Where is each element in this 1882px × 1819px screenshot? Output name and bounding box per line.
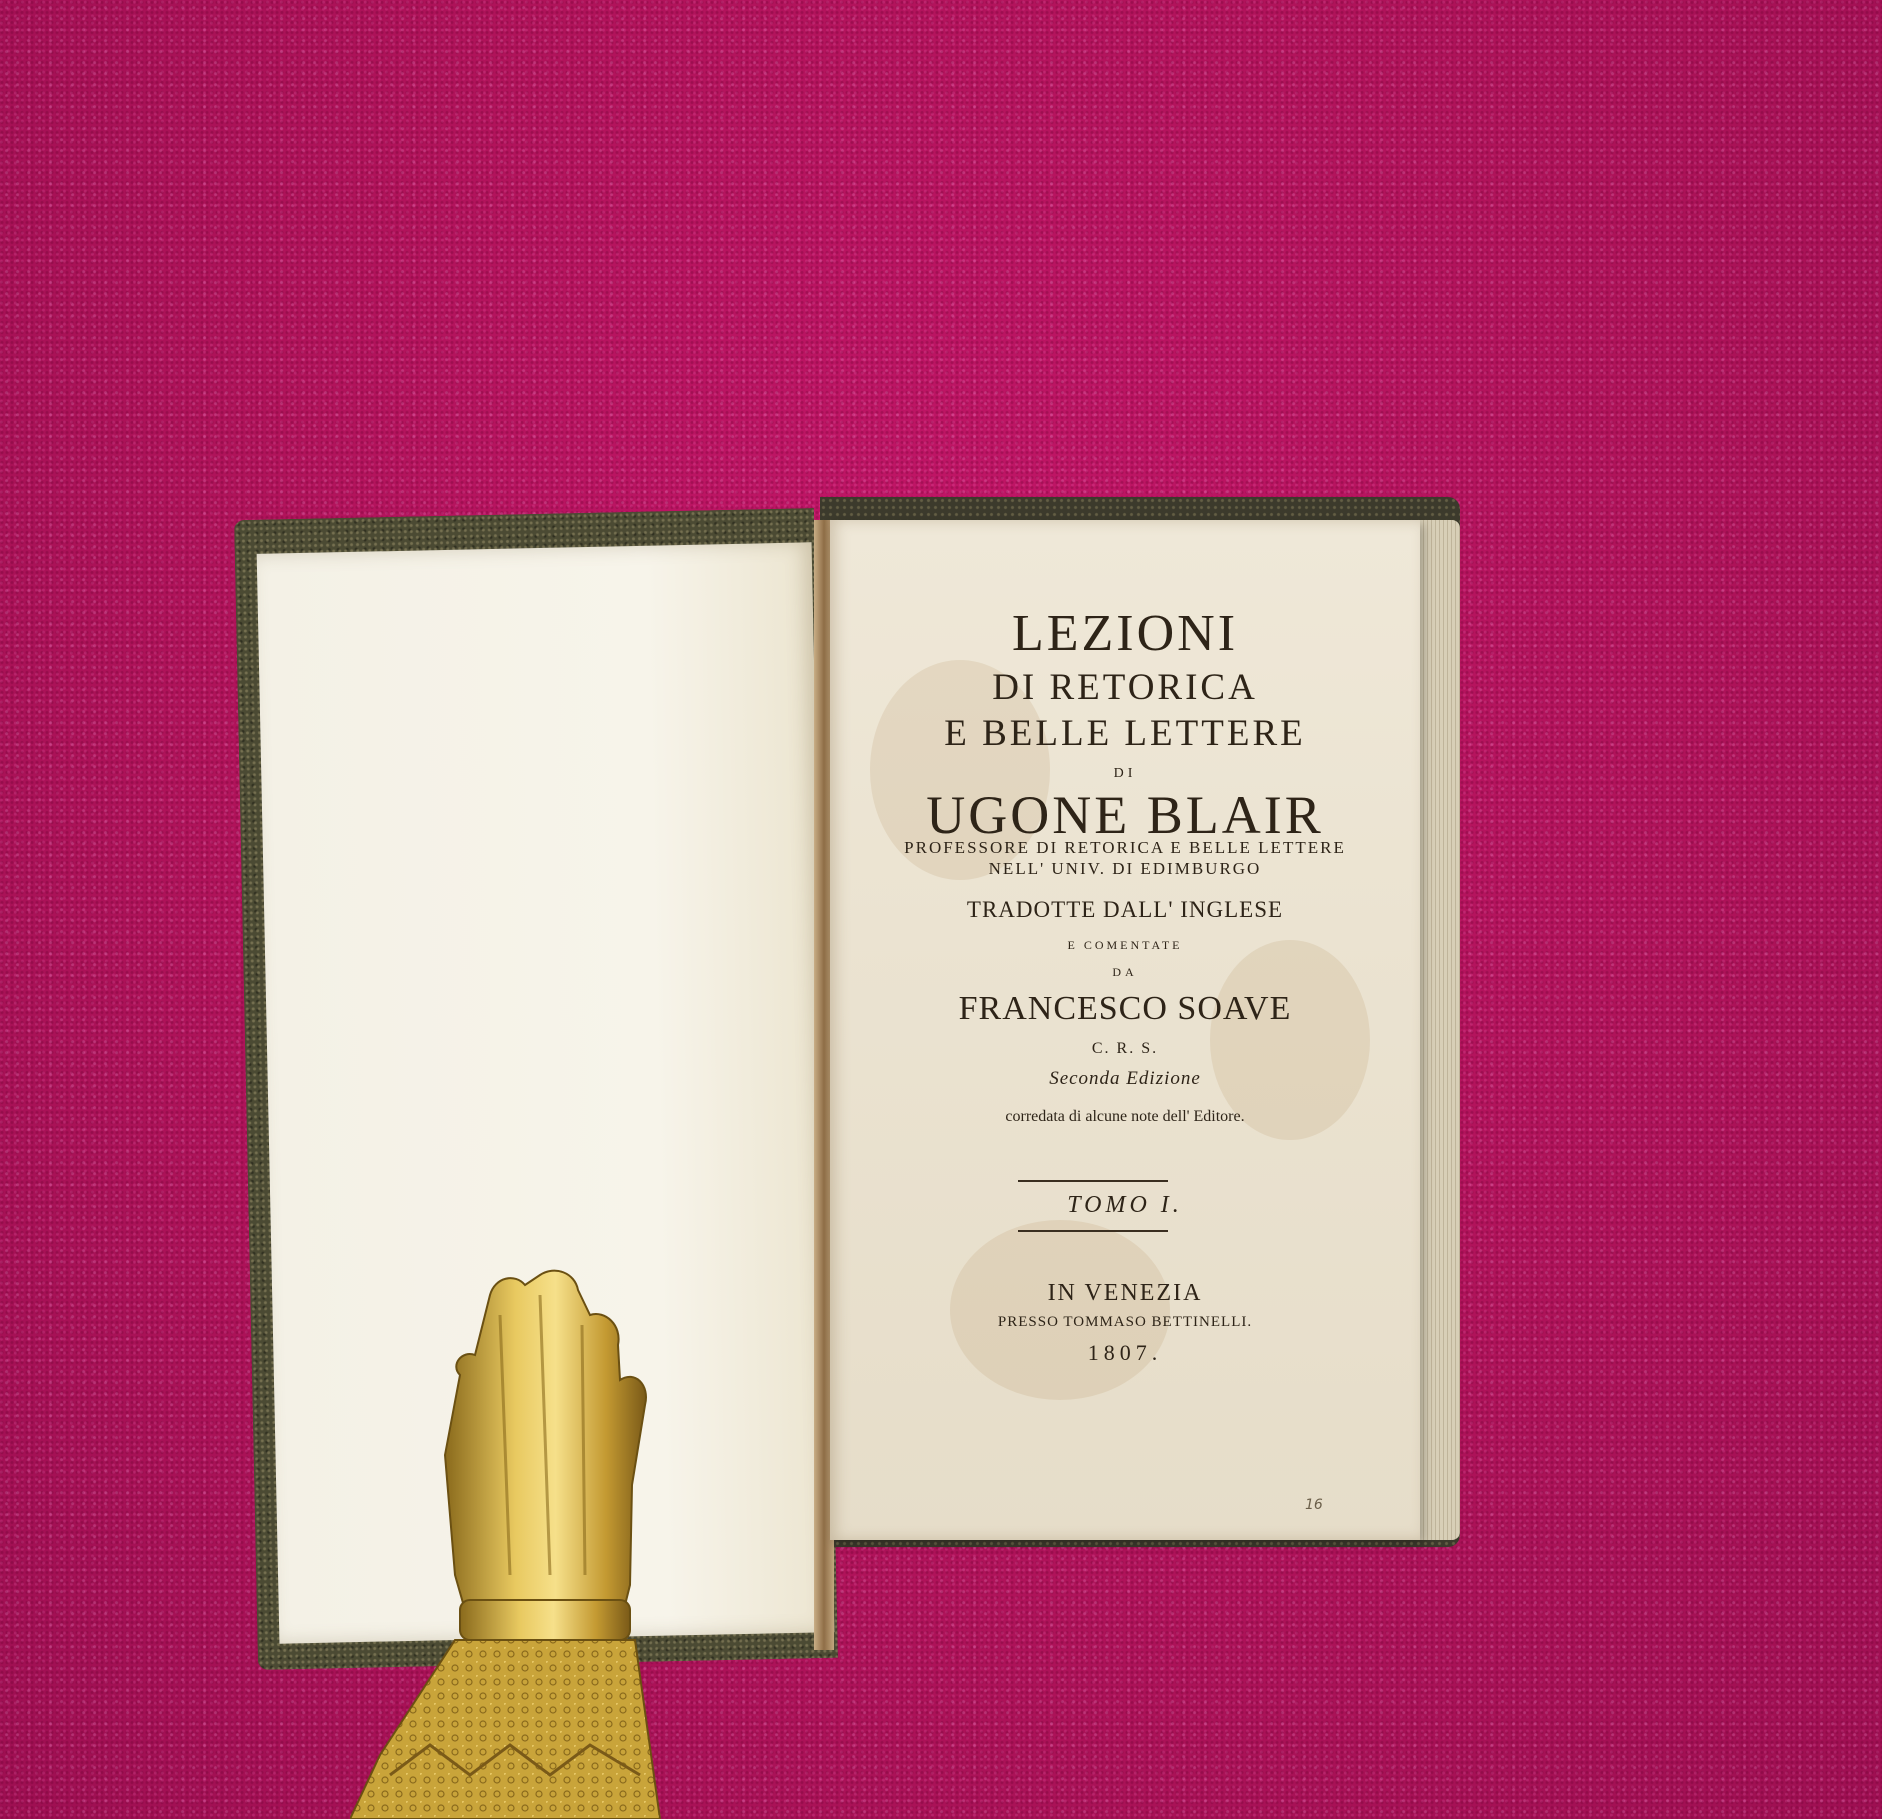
volume-label: TOMO I. [830, 1192, 1420, 1219]
author-role-1: PROFESSORE DI RETORICA E BELLE LETTERE [830, 838, 1420, 858]
book-subtitle-2: E BELLE LETTERE [830, 712, 1420, 755]
translator-order: C. R. S. [830, 1040, 1420, 1058]
edition: Seconda Edizione [830, 1068, 1420, 1090]
divider-rule [1018, 1230, 1168, 1232]
translator-name: FRANCESCO SOAVE [830, 990, 1420, 1028]
imprint-city: IN VENEZIA [830, 1280, 1420, 1307]
brass-praying-hand-clip [350, 1255, 680, 1819]
by-word-2: DA [830, 965, 1420, 980]
foxing-stain [950, 1220, 1170, 1400]
author-role-2: NELL' UNIV. DI EDIMBURGO [830, 859, 1420, 879]
by-word: DI [830, 766, 1420, 782]
translated-from: TRADOTTE DALL' INGLESE [830, 897, 1420, 923]
imprint-year: 1807. [830, 1340, 1420, 1366]
edition-note: corredata di alcune note dell' Editore. [830, 1108, 1420, 1126]
title-page: LEZIONI DI RETORICA E BELLE LETTERE DI U… [830, 520, 1420, 1540]
author-name: UGONE BLAIR [830, 784, 1420, 846]
commented-word: E COMENTATE [830, 938, 1420, 953]
divider-rule [1018, 1180, 1168, 1182]
pencil-annotation: 16 [1305, 1497, 1323, 1513]
book-subtitle-1: DI RETORICA [830, 666, 1420, 709]
imprint-printer: PRESSO TOMMASO BETTINELLI. [830, 1314, 1420, 1331]
book-title: LEZIONI [830, 604, 1420, 663]
